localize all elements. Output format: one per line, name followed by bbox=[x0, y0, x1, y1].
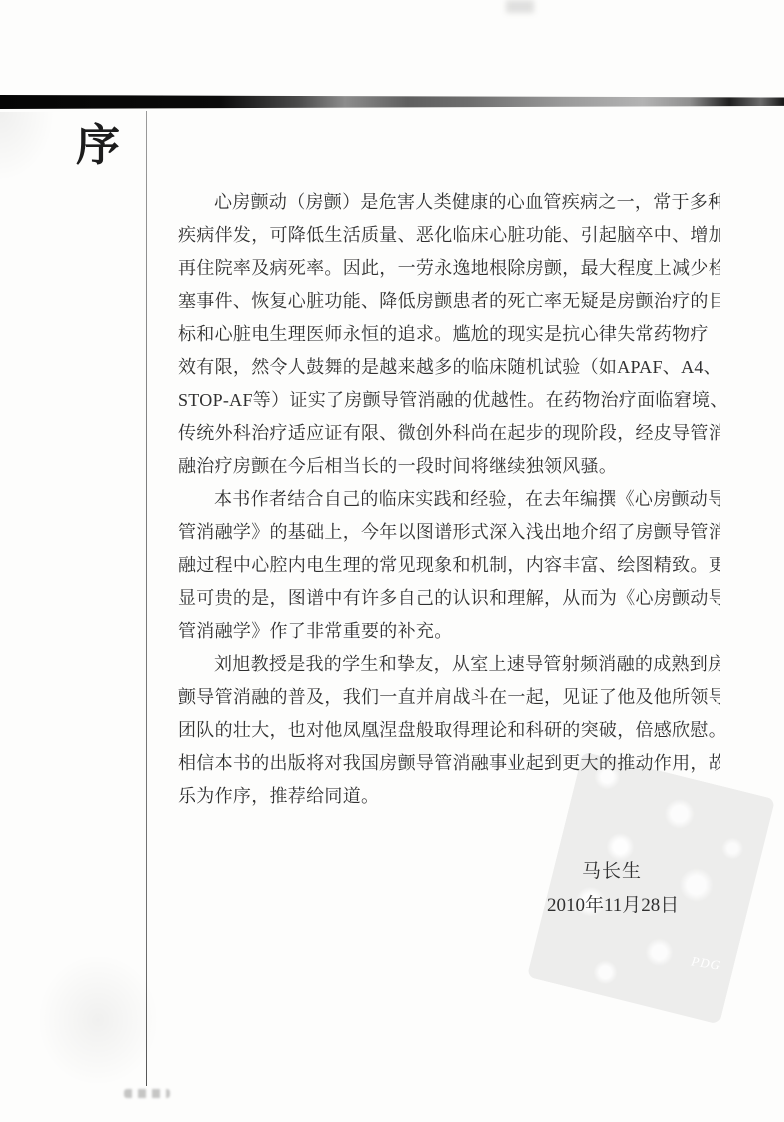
margin-divider bbox=[146, 111, 147, 1086]
text-line: 乐为作序，推荐给同道。 bbox=[178, 780, 720, 813]
text-line: 管消融学》的基础上，今年以图谱形式深入浅出地介绍了房颤导管消 bbox=[178, 516, 720, 549]
text-line: 效有限，然令人鼓舞的是越来越多的临床随机试验（如APAF、A4、 bbox=[178, 351, 720, 384]
text-line: 团队的壮大，也对他凤凰涅盘般取得理论和科研的突破，倍感欣慰。 bbox=[178, 714, 720, 747]
scan-shade-left-column bbox=[38, 955, 158, 1085]
text-line: 疾病伴发，可降低生活质量、恶化临床心脏功能、引起脑卒中、增加 bbox=[178, 219, 720, 252]
book-page: 序 PDG 心房颤动（房颤）是危害人类健康的心血管疾病之一，常于多种 疾病伴发，… bbox=[0, 0, 784, 1122]
text-line: 本书作者结合自己的临床实践和经验，在去年编撰《心房颤动导 bbox=[178, 483, 720, 516]
scan-smudge-top bbox=[506, 0, 534, 13]
signature-date: 2010年11月28日 bbox=[547, 890, 679, 917]
text-line: 塞事件、恢复心脏功能、降低房颤患者的死亡率无疑是房颤治疗的目 bbox=[178, 285, 720, 318]
text-line: 心房颤动（房颤）是危害人类健康的心血管疾病之一，常于多种 bbox=[178, 186, 720, 219]
text-line: 标和心脏电生理医师永恒的追求。尴尬的现实是抗心律失常药物疗 bbox=[178, 318, 720, 351]
signature-name: 马长生 bbox=[582, 856, 642, 883]
text-line: 刘旭教授是我的学生和挚友，从室上速导管射频消融的成熟到房 bbox=[178, 648, 720, 681]
text-line: STOP-AF等）证实了房颤导管消融的优越性。在药物治疗面临窘境、 bbox=[178, 384, 720, 417]
watermark-label: PDG bbox=[691, 953, 723, 973]
preface-body: 心房颤动（房颤）是危害人类健康的心血管疾病之一，常于多种 疾病伴发，可降低生活质… bbox=[178, 186, 720, 813]
section-title: 序 bbox=[76, 124, 120, 168]
header-rule bbox=[0, 95, 784, 109]
text-line: 显可贵的是，图谱中有许多自己的认识和理解，从而为《心房颤动导 bbox=[178, 582, 720, 615]
text-line: 颤导管消融的普及，我们一直并肩战斗在一起，见证了他及他所领导 bbox=[178, 681, 720, 714]
scan-smudge-bottom bbox=[124, 1089, 170, 1098]
scan-shade-topleft bbox=[0, 112, 55, 182]
text-line: 相信本书的出版将对我国房颤导管消融事业起到更大的推动作用，故 bbox=[178, 747, 720, 780]
text-line: 融治疗房颤在今后相当长的一段时间将继续独领风骚。 bbox=[178, 450, 720, 483]
text-line: 融过程中心腔内电生理的常见现象和机制，内容丰富、绘图精致。更 bbox=[178, 549, 720, 582]
text-line: 再住院率及病死率。因此，一劳永逸地根除房颤，最大程度上减少栓 bbox=[178, 252, 720, 285]
text-line: 传统外科治疗适应证有限、微创外科尚在起步的现阶段，经皮导管消 bbox=[178, 417, 720, 450]
text-line: 管消融学》作了非常重要的补充。 bbox=[178, 615, 720, 648]
